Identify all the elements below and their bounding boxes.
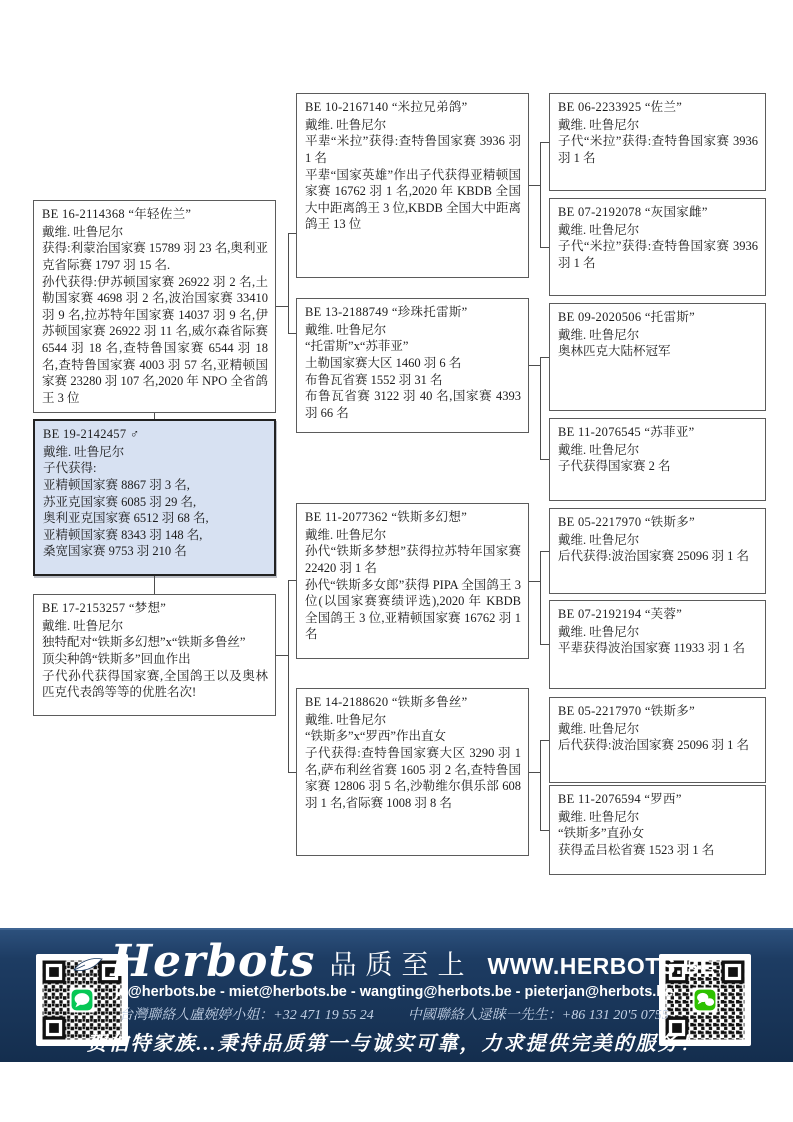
pedigree-box-subject: BE 19-2142457 ♂ 戴维. 吐鲁尼尔 子代获得: 亚精顿国家赛 88… [33, 419, 276, 576]
pedigree-box-ggparent-3: BE 09-2020506 “托雷斯” 戴维. 吐鲁尼尔 奥林匹克大陆杯冠军 [549, 303, 766, 411]
connector-line [154, 576, 155, 594]
connector-line [529, 772, 540, 773]
brand-logo: Herbots [111, 940, 316, 984]
ring-number: BE 05-2217970 “铁斯多” [558, 703, 758, 720]
contact-row: 台灣聯絡人盧婉婷小姐：+32 471 19 55 24 中國聯絡人逯睐一先生：+… [119, 1004, 668, 1024]
connector-line [540, 357, 549, 358]
box-body-text: 戴维. 吐鲁尼尔 “托雷斯”x“苏菲亚” 土勒国家赛大区 1460 羽 6 名 … [305, 322, 521, 422]
box-body-text: 戴维. 吐鲁尼尔 获得:利蒙治国家赛 15789 羽 23 名,奥利亚克省际赛 … [42, 224, 268, 407]
box-body-text: 戴维. 吐鲁尼尔 平辈“米拉”获得:查特鲁国家赛 3936 羽 1 名 平辈“国… [305, 117, 521, 233]
connector-line [540, 551, 541, 645]
ring-number: BE 10-2167140 “米拉兄弟鸽” [305, 99, 521, 116]
pedigree-box-grandsire-2: BE 11-2077362 “铁斯多幻想” 戴维. 吐鲁尼尔 孙代“铁斯多梦想”… [296, 503, 529, 659]
connector-line [154, 413, 155, 419]
connector-line [540, 740, 549, 741]
pedigree-box-ggparent-5: BE 05-2217970 “铁斯多” 戴维. 吐鲁尼尔 后代获得:波治国家赛 … [549, 508, 766, 594]
taiwan-contact: 台灣聯絡人盧婉婷小姐：+32 471 19 55 24 [119, 1004, 373, 1024]
footer-content: Herbots 品质至上 WWW.HERBOTS.BE jo@herbots.b… [135, 938, 653, 1056]
connector-line [540, 830, 549, 831]
ring-number: BE 06-2233925 “佐兰” [558, 99, 758, 116]
box-body-text: 戴维. 吐鲁尼尔 孙代“铁斯多梦想”获得拉苏特年国家赛 22420 羽 1 名 … [305, 527, 521, 643]
pedigree-box-ggparent-7: BE 05-2217970 “铁斯多” 戴维. 吐鲁尼尔 后代获得:波治国家赛 … [549, 697, 766, 783]
footer-tagline: 贺伯特家族...秉持品质第一与诚实可靠，力求提供完美的服务！ [87, 1027, 702, 1056]
pedigree-box-ggparent-1: BE 06-2233925 “佐兰” 戴维. 吐鲁尼尔 子代“米拉”获得:查特鲁… [549, 93, 766, 191]
box-body-text: 戴维. 吐鲁尼尔 平辈获得波治国家赛 11933 羽 1 名 [558, 624, 758, 657]
connector-line [540, 142, 549, 143]
box-body-text: 戴维. 吐鲁尼尔 子代获得国家赛 2 名 [558, 442, 758, 475]
box-body-text: 戴维. 吐鲁尼尔 “铁斯多”直孙女 获得孟吕松省赛 1523 羽 1 名 [558, 809, 758, 859]
box-body-text: 戴维. 吐鲁尼尔 独特配对“铁斯多幻想”x“铁斯多鲁丝” 顶尖种鸽“铁斯多”回血… [42, 618, 268, 701]
connector-line [540, 357, 541, 460]
website-link[interactable]: WWW.HERBOTS.BE [487, 953, 715, 980]
box-body-text: 戴维. 吐鲁尼尔 子代“米拉”获得:查特鲁国家赛 3936 羽 1 名 [558, 222, 758, 272]
connector-line [276, 306, 288, 307]
box-body-text: 戴维. 吐鲁尼尔 奥林匹克大陆杯冠军 [558, 327, 758, 360]
ring-number: BE 19-2142457 ♂ [43, 426, 267, 443]
ring-number: BE 07-2192078 “灰国家雌” [558, 204, 758, 221]
connector-line [540, 247, 549, 248]
ring-number: BE 14-2188620 “铁斯多鲁丝” [305, 694, 521, 711]
pedigree-page: BE 16-2114368 “年轻佐兰” 戴维. 吐鲁尼尔 获得:利蒙治国家赛 … [0, 0, 793, 1122]
connector-line [288, 233, 296, 234]
china-contact: 中國聯絡人逯睐一先生：+86 131 20'5 0755 [408, 1004, 669, 1024]
pedigree-box-ggparent-2: BE 07-2192078 “灰国家雌” 戴维. 吐鲁尼尔 子代“米拉”获得:查… [549, 198, 766, 296]
connector-line [276, 655, 288, 656]
pedigree-box-ggparent-6: BE 07-2192194 “芙蓉” 戴维. 吐鲁尼尔 平辈获得波治国家赛 11… [549, 600, 766, 689]
box-body-text: 戴维. 吐鲁尼尔 子代获得: 亚精顿国家赛 8867 羽 3 名, 苏亚克国家赛… [43, 444, 267, 560]
pedigree-box-ggparent-8: BE 11-2076594 “罗西” 戴维. 吐鲁尼尔 “铁斯多”直孙女 获得孟… [549, 785, 766, 875]
box-body-text: 戴维. 吐鲁尼尔 “铁斯多”x“罗西”作出直女 子代获得:查特鲁国家赛大区 32… [305, 712, 521, 812]
connector-line [540, 644, 549, 645]
ring-number: BE 11-2076545 “苏菲亚” [558, 424, 758, 441]
connector-line [288, 580, 289, 773]
ring-number: BE 17-2153257 “梦想” [42, 600, 268, 617]
pedigree-box-granddam-1: BE 13-2188749 “珍珠托雷斯” 戴维. 吐鲁尼尔 “托雷斯”x“苏菲… [296, 298, 529, 433]
connector-line [540, 459, 549, 460]
footer-banner: Herbots 品质至上 WWW.HERBOTS.BE jo@herbots.b… [0, 928, 793, 1062]
connector-line [288, 333, 296, 334]
connector-line [540, 142, 541, 248]
pedigree-box-dam: BE 17-2153257 “梦想” 戴维. 吐鲁尼尔 独特配对“铁斯多幻想”x… [33, 594, 276, 716]
pedigree-box-granddam-2: BE 14-2188620 “铁斯多鲁丝” 戴维. 吐鲁尼尔 “铁斯多”x“罗西… [296, 688, 529, 856]
pedigree-box-sire: BE 16-2114368 “年轻佐兰” 戴维. 吐鲁尼尔 获得:利蒙治国家赛 … [33, 200, 276, 413]
ring-number: BE 13-2188749 “珍珠托雷斯” [305, 304, 521, 321]
connector-line [529, 581, 540, 582]
ring-number: BE 11-2076594 “罗西” [558, 791, 758, 808]
connector-line [529, 185, 540, 186]
connector-line [288, 233, 289, 334]
connector-line [288, 580, 296, 581]
box-body-text: 戴维. 吐鲁尼尔 子代“米拉”获得:查特鲁国家赛 3936 羽 1 名 [558, 117, 758, 167]
ring-number: BE 16-2114368 “年轻佐兰” [42, 206, 268, 223]
feather-icon [73, 956, 103, 980]
ring-number: BE 09-2020506 “托雷斯” [558, 309, 758, 326]
ring-number: BE 07-2192194 “芙蓉” [558, 606, 758, 623]
footer-slogan: 品质至上 [329, 943, 473, 982]
connector-line [540, 740, 541, 831]
connector-line [529, 365, 540, 366]
box-body-text: 戴维. 吐鲁尼尔 后代获得:波治国家赛 25096 羽 1 名 [558, 532, 758, 565]
pedigree-box-ggparent-4: BE 11-2076545 “苏菲亚” 戴维. 吐鲁尼尔 子代获得国家赛 2 名 [549, 418, 766, 501]
pedigree-box-grandsire-1: BE 10-2167140 “米拉兄弟鸽” 戴维. 吐鲁尼尔 平辈“米拉”获得:… [296, 93, 529, 278]
brand-row: Herbots 品质至上 WWW.HERBOTS.BE [73, 938, 716, 982]
connector-line [540, 551, 549, 552]
box-body-text: 戴维. 吐鲁尼尔 后代获得:波治国家赛 25096 羽 1 名 [558, 721, 758, 754]
connector-line [288, 772, 296, 773]
ring-number: BE 05-2217970 “铁斯多” [558, 514, 758, 531]
ring-number: BE 11-2077362 “铁斯多幻想” [305, 509, 521, 526]
